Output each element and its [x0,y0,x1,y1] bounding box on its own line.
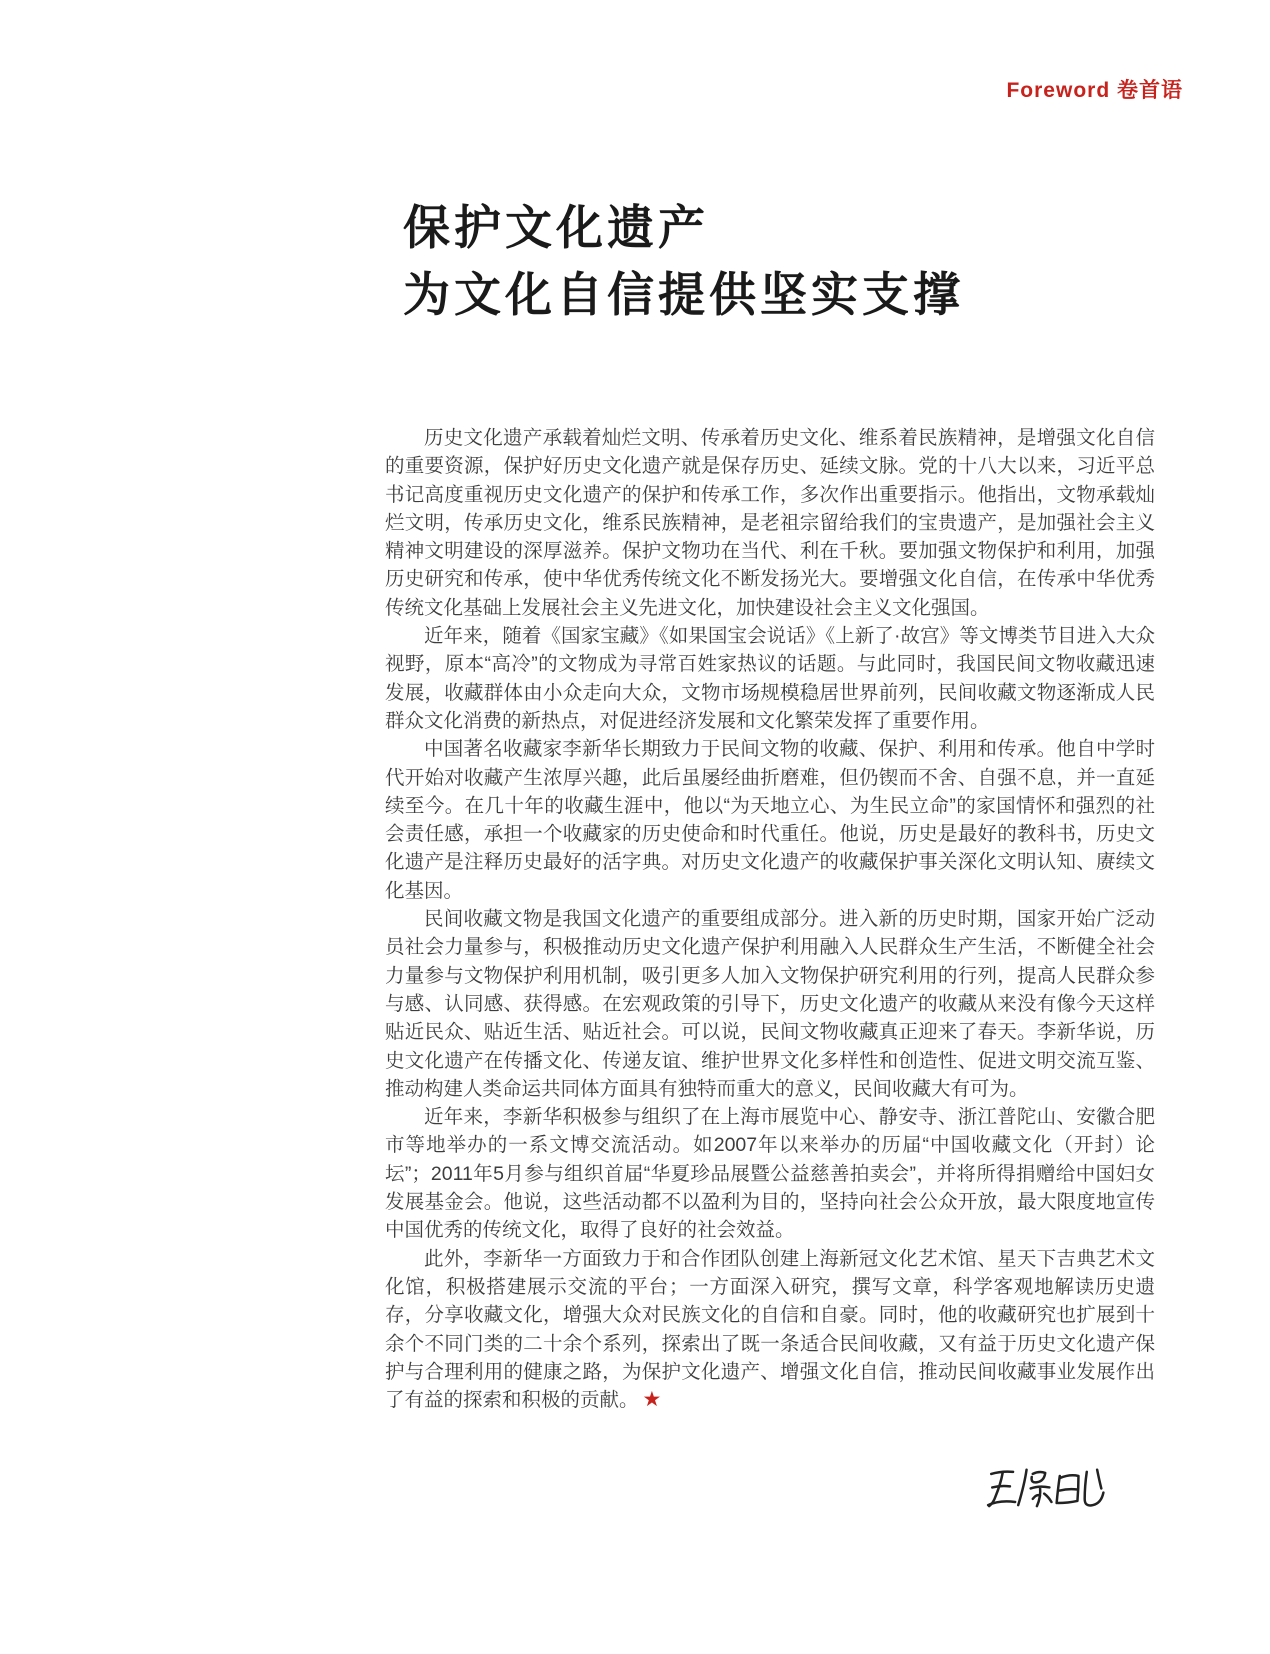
end-star-icon: ★ [639,1388,662,1411]
signature [985,1462,1120,1517]
paragraph-3: 中国著名收藏家李新华长期致力于民间文物的收藏、保护、利用和传承。他自中学时代开始… [385,735,1155,905]
page-title-line2: 为文化自信提供坚实支撑 [403,263,964,330]
paragraph-5: 近年来，李新华积极参与组织了在上海市展览中心、静安寺、浙江普陀山、安徽合肥市等地… [385,1103,1155,1244]
page-title-line1: 保护文化遗产 [403,196,964,263]
paragraph-4: 民间收藏文物是我国文化遗产的重要组成部分。进入新的历史时期，国家开始广泛动员社会… [385,905,1155,1103]
paragraph-2: 近年来，随着《国家宝藏》《如果国宝会说话》《上新了·故宫》等文博类节目进入大众视… [385,622,1155,735]
paragraph-1: 历史文化遗产承载着灿烂文明、传承着历史文化、维系着民族精神，是增强文化自信的重要… [385,424,1155,622]
magazine-page: Foreword 卷首语 保护文化遗产 为文化自信提供坚实支撑 历史文化遗产承载… [0,0,1270,1654]
foreword-header: Foreword 卷首语 [1006,74,1183,104]
article-body: 历史文化遗产承载着灿烂文明、传承着历史文化、维系着民族精神，是增强文化自信的重要… [385,424,1155,1414]
paragraph-6: 此外，李新华一方面致力于和合作团队创建上海新冠文化艺术馆、星天下吉典艺术文化馆，… [385,1245,1155,1415]
page-title: 保护文化遗产 为文化自信提供坚实支撑 [403,196,964,330]
